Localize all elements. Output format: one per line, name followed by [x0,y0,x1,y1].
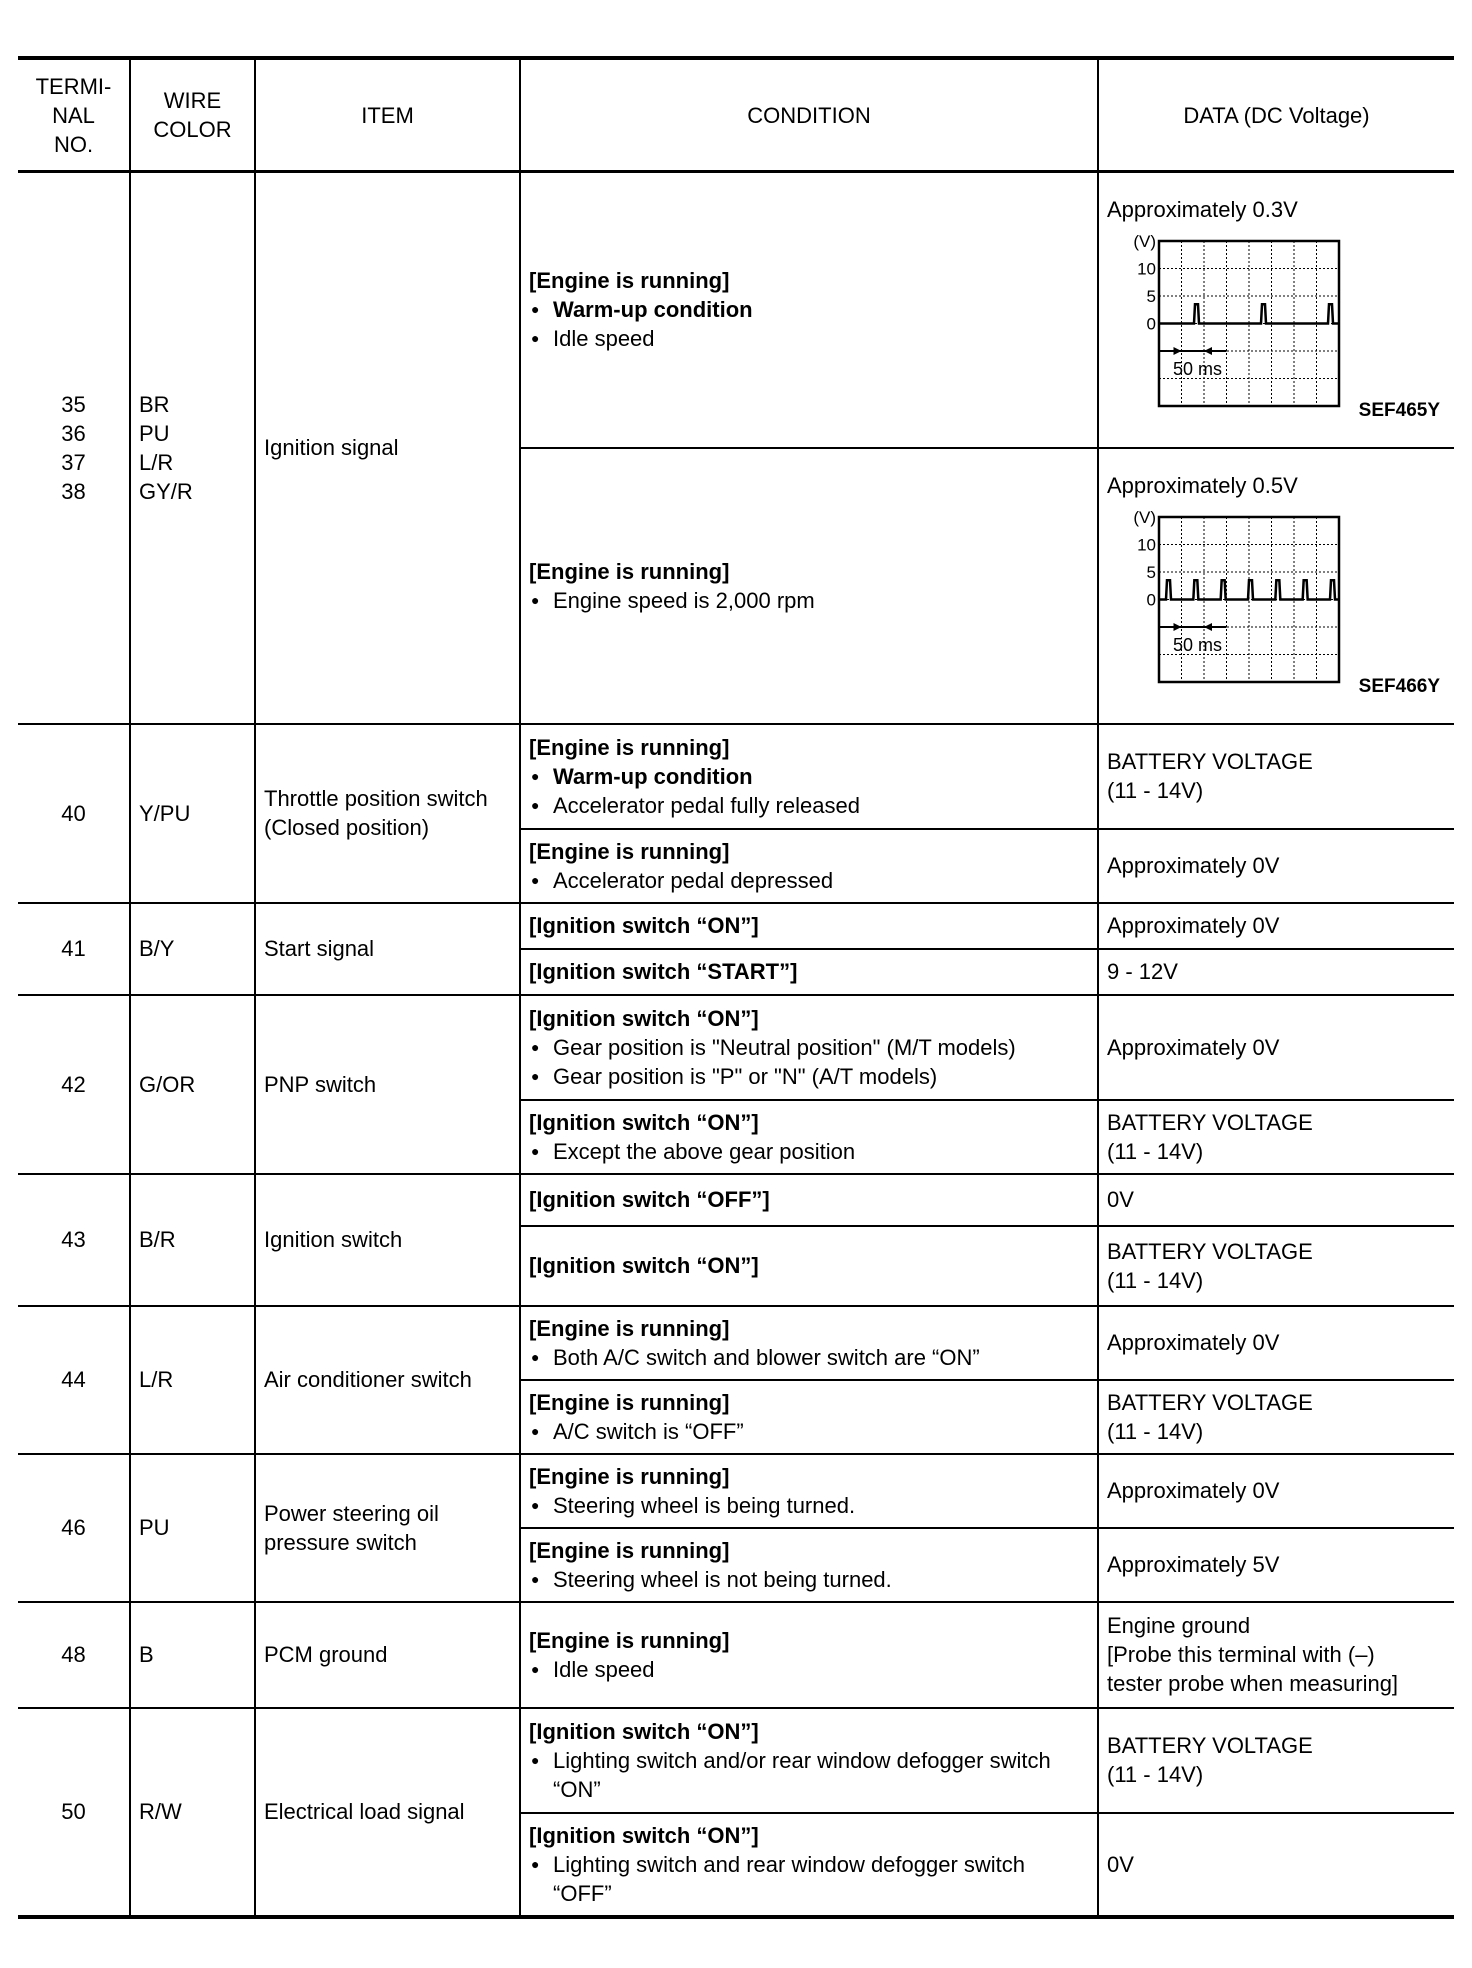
condition-heading: [Engine is running] [529,1536,1089,1565]
terminal-no-cell: 35363738 [18,172,130,724]
data-value: Approximately 0V [1107,1476,1446,1505]
data-value: 0V [1107,1185,1446,1214]
wire-color-cell: R/W [130,1708,255,1917]
data-cell: BATTERY VOLTAGE(11 - 14V) [1098,1226,1454,1306]
item-name: (Closed position) [264,813,511,842]
table-row: 41B/YStart signal[Ignition switch “ON”]A… [18,903,1454,949]
table-body: 35363738BRPUL/RGY/RIgnition signal[Engin… [18,172,1454,1917]
svg-text:10: 10 [1137,535,1156,554]
terminal-no: 35 [26,390,121,419]
condition-bullet: Engine speed is 2,000 rpm [529,586,1089,615]
figure-reference: SEF465Y [1359,396,1440,425]
condition-bullet: Warm-up condition [529,762,1089,791]
data-value: Approximately 0V [1107,911,1446,940]
data-value: Approximately 0V [1107,851,1446,880]
item-cell: PNP switch [255,995,520,1174]
data-value: BATTERY VOLTAGE [1107,1731,1446,1760]
condition-cell: [Ignition switch “ON”] [520,903,1098,949]
data-cell: 0V [1098,1813,1454,1917]
item-name: Ignition signal [264,433,511,462]
wire-color-cell: B/R [130,1174,255,1306]
condition-heading: [Engine is running] [529,1462,1089,1491]
condition-bullet: Both A/C switch and blower switch are “O… [529,1343,1089,1372]
wire-color: R/W [139,1797,246,1826]
terminal-no: 50 [26,1797,121,1826]
condition-cell: [Engine is running]Accelerator pedal dep… [520,829,1098,903]
item-cell: Start signal [255,903,520,995]
wire-color-cell: B [130,1602,255,1708]
data-value: (11 - 14V) [1107,1760,1446,1789]
terminal-no: 38 [26,477,121,506]
wire-color-cell: G/OR [130,995,255,1174]
scope-figure: Approximately 0.5V(V)105050 msSEF466Y [1107,471,1446,701]
item-cell: Air conditioner switch [255,1306,520,1454]
terminal-no-cell: 41 [18,903,130,995]
data-cell: Approximately 0V [1098,1306,1454,1380]
terminal-no-cell: 46 [18,1454,130,1602]
item-cell: PCM ground [255,1602,520,1708]
item-name: PNP switch [264,1070,511,1099]
svg-text:0: 0 [1147,590,1156,609]
condition-heading: [Engine is running] [529,1388,1089,1417]
terminal-no: 40 [26,799,121,828]
item-name: pressure switch [264,1528,511,1557]
wire-color: PU [139,419,246,448]
terminal-no-cell: 50 [18,1708,130,1917]
item-name: Air conditioner switch [264,1365,511,1394]
condition-bullet: Idle speed [529,324,1089,353]
condition-bullet: Gear position is "Neutral position" (M/T… [529,1033,1089,1062]
condition-cell: [Ignition switch “OFF”] [520,1174,1098,1226]
table-row: 40Y/PUThrottle position switch(Closed po… [18,724,1454,829]
item-name: Power steering oil [264,1499,511,1528]
condition-heading: [Engine is running] [529,1626,1089,1655]
condition-bullet: Steering wheel is not being turned. [529,1565,1089,1594]
condition-cell: [Engine is running]Warm-up conditionIdle… [520,172,1098,448]
table-row: 43B/RIgnition switch[Ignition switch “OF… [18,1174,1454,1226]
terminal-no-cell: 43 [18,1174,130,1306]
data-value: Approximately 0.5V [1107,471,1446,500]
data-value: Approximately 0V [1107,1328,1446,1357]
condition-cell: [Ignition switch “START”] [520,949,1098,995]
data-value: BATTERY VOLTAGE [1107,747,1446,776]
condition-cell: [Engine is running]Idle speed [520,1602,1098,1708]
wire-color-cell: B/Y [130,903,255,995]
wire-color: B/R [139,1225,246,1254]
data-value: 0V [1107,1850,1446,1879]
data-value: [Probe this terminal with (–) [1107,1640,1446,1669]
condition-heading: [Ignition switch “ON”] [529,911,1089,940]
wire-color-cell: Y/PU [130,724,255,903]
condition-bullet: Accelerator pedal fully released [529,791,1089,820]
table-row: 50R/WElectrical load signal[Ignition swi… [18,1708,1454,1813]
condition-cell: [Engine is running]Warm-up conditionAcce… [520,724,1098,829]
data-cell: Approximately 0V [1098,1454,1454,1528]
table-row: 46PUPower steering oilpressure switch[En… [18,1454,1454,1528]
wire-color: G/OR [139,1070,246,1099]
condition-bullet: Lighting switch and rear window defogger… [529,1850,1089,1908]
data-cell: BATTERY VOLTAGE(11 - 14V) [1098,724,1454,829]
condition-heading: [Ignition switch “ON”] [529,1251,1089,1280]
data-cell: BATTERY VOLTAGE(11 - 14V) [1098,1380,1454,1454]
svg-text:50 ms: 50 ms [1173,635,1222,655]
condition-cell: [Ignition switch “ON”]Except the above g… [520,1100,1098,1174]
terminal-data-table: TERMI- NAL NO. WIRE COLOR ITEM CONDITION… [18,56,1454,1919]
header-wire-color: WIRE COLOR [130,58,255,172]
header-terminal-no: TERMI- NAL NO. [18,58,130,172]
condition-heading: [Ignition switch “ON”] [529,1717,1089,1746]
data-value: 9 - 12V [1107,957,1446,986]
data-value: tester probe when measuring] [1107,1669,1446,1698]
condition-heading: [Ignition switch “START”] [529,957,1089,986]
data-value: Approximately 0.3V [1107,195,1446,224]
terminal-no: 37 [26,448,121,477]
condition-cell: [Ignition switch “ON”]Lighting switch an… [520,1708,1098,1813]
wire-color-cell: PU [130,1454,255,1602]
terminal-no-cell: 48 [18,1602,130,1708]
condition-cell: [Ignition switch “ON”]Lighting switch an… [520,1813,1098,1917]
data-cell: BATTERY VOLTAGE(11 - 14V) [1098,1708,1454,1813]
data-cell: Approximately 0V [1098,903,1454,949]
condition-heading: [Ignition switch “OFF”] [529,1185,1089,1214]
table-row: 48BPCM ground[Engine is running]Idle spe… [18,1602,1454,1708]
data-cell: Approximately 0.5V(V)105050 msSEF466Y [1098,448,1454,724]
header-data: DATA (DC Voltage) [1098,58,1454,172]
wire-color: L/R [139,1365,246,1394]
terminal-no: 36 [26,419,121,448]
terminal-no: 41 [26,934,121,963]
condition-cell: [Ignition switch “ON”] [520,1226,1098,1306]
svg-text:0: 0 [1147,314,1156,333]
condition-bullet: Warm-up condition [529,295,1089,324]
condition-bullet: Gear position is "P" or "N" (A/T models) [529,1062,1089,1091]
condition-bullet: A/C switch is “OFF” [529,1417,1089,1446]
header-condition: CONDITION [520,58,1098,172]
wire-color: BR [139,390,246,419]
table-header-row: TERMI- NAL NO. WIRE COLOR ITEM CONDITION… [18,58,1454,172]
oscilloscope-waveform: (V)105050 ms [1107,507,1357,692]
data-value: (11 - 14V) [1107,1266,1446,1295]
svg-text:5: 5 [1147,287,1156,306]
item-name: Ignition switch [264,1225,511,1254]
terminal-no-cell: 44 [18,1306,130,1454]
terminal-no-cell: 40 [18,724,130,903]
item-name: PCM ground [264,1640,511,1669]
data-value: (11 - 14V) [1107,1137,1446,1166]
data-cell: 9 - 12V [1098,949,1454,995]
condition-bullet: Steering wheel is being turned. [529,1491,1089,1520]
data-cell: Engine ground[Probe this terminal with (… [1098,1602,1454,1708]
item-cell: Power steering oilpressure switch [255,1454,520,1602]
condition-heading: [Ignition switch “ON”] [529,1004,1089,1033]
data-cell: Approximately 0V [1098,829,1454,903]
terminal-no: 42 [26,1070,121,1099]
terminal-no: 43 [26,1225,121,1254]
wire-color-cell: BRPUL/RGY/R [130,172,255,724]
data-value: Approximately 5V [1107,1550,1446,1579]
data-value: Engine ground [1107,1611,1446,1640]
data-value: BATTERY VOLTAGE [1107,1237,1446,1266]
data-cell: BATTERY VOLTAGE(11 - 14V) [1098,1100,1454,1174]
item-name: Start signal [264,934,511,963]
header-item: ITEM [255,58,520,172]
condition-heading: [Engine is running] [529,557,1089,586]
wire-color: GY/R [139,477,246,506]
wire-color: PU [139,1513,246,1542]
data-value: BATTERY VOLTAGE [1107,1108,1446,1137]
terminal-no: 44 [26,1365,121,1394]
condition-cell: [Engine is running]Steering wheel is not… [520,1528,1098,1602]
wire-color: L/R [139,448,246,477]
data-cell: Approximately 0V [1098,995,1454,1100]
item-cell: Throttle position switch(Closed position… [255,724,520,903]
wire-color-cell: L/R [130,1306,255,1454]
wire-color: B/Y [139,934,246,963]
svg-text:50 ms: 50 ms [1173,359,1222,379]
svg-text:(V): (V) [1133,508,1156,527]
condition-heading: [Ignition switch “ON”] [529,1108,1089,1137]
condition-cell: [Engine is running]Steering wheel is bei… [520,1454,1098,1528]
condition-bullet: Except the above gear position [529,1137,1089,1166]
data-value: Approximately 0V [1107,1033,1446,1062]
condition-cell: [Engine is running]Engine speed is 2,000… [520,448,1098,724]
oscilloscope-waveform: (V)105050 ms [1107,231,1357,416]
condition-cell: [Engine is running]Both A/C switch and b… [520,1306,1098,1380]
item-cell: Ignition switch [255,1174,520,1306]
table-row: 35363738BRPUL/RGY/RIgnition signal[Engin… [18,172,1454,448]
figure-reference: SEF466Y [1359,672,1440,701]
item-cell: Ignition signal [255,172,520,724]
data-value: (11 - 14V) [1107,776,1446,805]
terminal-no: 46 [26,1513,121,1542]
data-cell: 0V [1098,1174,1454,1226]
condition-bullet: Accelerator pedal depressed [529,866,1089,895]
terminal-no: 48 [26,1640,121,1669]
condition-heading: [Engine is running] [529,266,1089,295]
item-name: Electrical load signal [264,1797,511,1826]
condition-bullet: Idle speed [529,1655,1089,1684]
condition-heading: [Engine is running] [529,1314,1089,1343]
svg-text:10: 10 [1137,259,1156,278]
item-name: Throttle position switch [264,784,511,813]
data-value: BATTERY VOLTAGE [1107,1388,1446,1417]
item-cell: Electrical load signal [255,1708,520,1917]
condition-cell: [Engine is running]A/C switch is “OFF” [520,1380,1098,1454]
condition-heading: [Engine is running] [529,837,1089,866]
scope-figure: Approximately 0.3V(V)105050 msSEF465Y [1107,195,1446,425]
data-cell: Approximately 5V [1098,1528,1454,1602]
data-value: (11 - 14V) [1107,1417,1446,1446]
svg-text:(V): (V) [1133,232,1156,251]
svg-text:5: 5 [1147,563,1156,582]
condition-heading: [Ignition switch “ON”] [529,1821,1089,1850]
condition-cell: [Ignition switch “ON”]Gear position is "… [520,995,1098,1100]
data-cell: Approximately 0.3V(V)105050 msSEF465Y [1098,172,1454,448]
terminal-no-cell: 42 [18,995,130,1174]
table-row: 42G/ORPNP switch[Ignition switch “ON”]Ge… [18,995,1454,1100]
condition-heading: [Engine is running] [529,733,1089,762]
wire-color: Y/PU [139,799,246,828]
table-row: 44L/RAir conditioner switch[Engine is ru… [18,1306,1454,1380]
condition-bullet: Lighting switch and/or rear window defog… [529,1746,1089,1804]
wire-color: B [139,1640,246,1669]
